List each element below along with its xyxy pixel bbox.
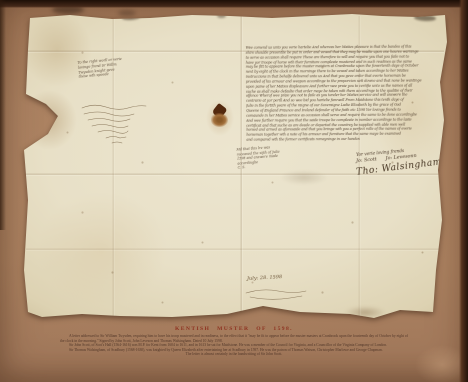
ink-smudge — [122, 14, 140, 20]
address-panel-handwriting: To the right worll or verielovinge frend… — [77, 53, 164, 80]
caption-paragraph: The letter is almost certainly in the ha… — [60, 352, 408, 357]
wax-seal-remnant — [206, 100, 234, 138]
caption-title: KENTISH MUSTER OF 1598. — [0, 326, 468, 332]
fold-crease-horizontal — [26, 248, 444, 251]
ink-bleedthrough — [280, 170, 328, 185]
letter-body-handwriting: Wee comend us unto you verie hartelie An… — [246, 44, 443, 142]
caption-paragraph: Sir John Scott, of Scot's Hall (1564-161… — [60, 343, 408, 348]
frame-edge-left — [0, 0, 6, 230]
paper-sheet: To the right worll or verielovinge frend… — [22, 12, 448, 322]
signature-block: Yor verie loving frends Jo: Scott Jo: Le… — [356, 148, 451, 172]
framed-manuscript-photo: To the right worll or verielovinge frend… — [0, 0, 468, 382]
ink-smudge — [217, 14, 226, 18]
docket-note-handwriting: Md that this lre wasreceaved the xijth o… — [236, 140, 342, 170]
letter-paper: To the right worll or verielovinge frend… — [22, 12, 448, 322]
signature-john-scott: Jo: Scott — [356, 157, 377, 164]
frame-edge-top — [0, 0, 468, 8]
caption-text: A letter addressed to Sir William Twysde… — [60, 334, 408, 357]
seal-fragment — [211, 113, 228, 127]
mount-caption: KENTISH MUSTER OF 1598. A letter address… — [0, 326, 468, 357]
caption-paragraph: A letter addressed to Sir William Twysde… — [60, 334, 408, 343]
date-underline-flourish — [242, 287, 312, 303]
paper-stain — [22, 90, 77, 150]
pen-flourish-scribble — [76, 100, 156, 146]
frame-edge-right — [459, 0, 468, 382]
ink-smudge — [414, 14, 436, 21]
date-inscription: July: 28. 1598 — [247, 274, 282, 282]
paper-tear-smudge — [344, 306, 386, 319]
foxing-specks — [22, 12, 23, 13]
